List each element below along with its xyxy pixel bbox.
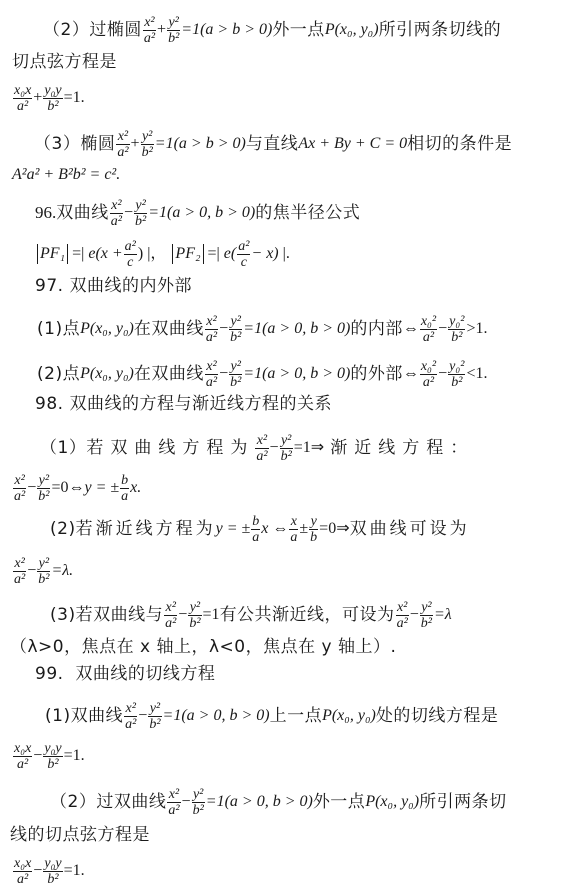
section-98-item1-result: x²a² − y²b² =0⇔ y = ± ba x. — [12, 472, 141, 503]
section-97-item1: (1) 点 P(x₀, y₀) 在双曲线 x²a² − y²b² =1(a > … — [37, 313, 487, 344]
ellipse-item3-result: A²a² + B²b² = c². — [12, 165, 120, 185]
item-label: （3） — [34, 134, 80, 154]
section-96-title: 96. 双曲线 x²a² − y²b² =1(a > 0, b > 0) 的焦半… — [35, 197, 360, 228]
fraction-y2-b2: y²b² — [167, 15, 180, 46]
item-label: （2） — [43, 20, 89, 40]
condition: =1(a > b > 0) — [181, 20, 272, 40]
line-equation: Ax + By + C = 0 — [298, 134, 407, 154]
section-98-item2-result: x²a² − y²b² =λ. — [12, 555, 73, 586]
ellipse-item3-line1: （3） 椭圆 x²a² + y²b² =1(a > b > 0) 与直线 Ax … — [34, 128, 512, 159]
section-99-item1-line1: (1) 双曲线 x²a² − y²b² =1(a > 0, b > 0) 上一点… — [45, 700, 498, 731]
ellipse-item2-line2: 切点弦方程是 — [12, 52, 117, 72]
section-97-title: 97. 双曲线的内外部 — [35, 276, 192, 296]
section-99-item1-result: x₀xa² − y₀yb² =1. — [12, 740, 85, 771]
point: P(x₀, y₀) — [325, 20, 379, 40]
ellipse-item2-result: x₀xa² + y₀yb² =1. — [12, 82, 85, 113]
section-98-item1-line1: （1） 若双曲线方程为 x²a² − y²b² =1⇒ 渐近线方程： — [40, 432, 474, 463]
section-97-item2: (2) 点 P(x₀, y₀) 在双曲线 x²a² − y²b² =1(a > … — [37, 358, 487, 389]
section-99-item2-result: x₀xa² − y₀yb² =1. — [12, 855, 85, 885]
section-99-item2-line2: 线的切点弦方程是 — [10, 825, 150, 845]
section-96-formula: PF₁ =| e(x + a²c ) |， PF₂ =| e( a²c − x)… — [37, 238, 290, 269]
section-99-item2-line1: （2） 过双曲线 x²a² − y²b² =1(a > 0, b > 0) 外一… — [50, 786, 507, 817]
section-98-item3-line1: (3) 若双曲线与 x²a² − y²b² =1 有公共渐近线，可设为 x²a²… — [50, 599, 452, 630]
text: 过椭圆 — [89, 20, 142, 40]
ellipse-item2-line1: （2） 过椭圆 x²a² + y²b² =1(a > b > 0) 外一点 P(… — [43, 14, 501, 45]
section-98-item2-line1: (2) 若渐近线方程为 y = ± ba x ⇔ xa ± yb =0⇒ 双曲线… — [50, 513, 470, 544]
fraction-x2-a2: x²a² — [143, 15, 156, 46]
section-99-title: 99. 双曲线的切线方程 — [35, 664, 215, 684]
section-98-item3-note: （λ>0，焦点在 x 轴上，λ<0，焦点在 y 轴上）. — [10, 637, 396, 657]
section-98-title: 98. 双曲线的方程与渐近线方程的关系 — [35, 394, 332, 414]
